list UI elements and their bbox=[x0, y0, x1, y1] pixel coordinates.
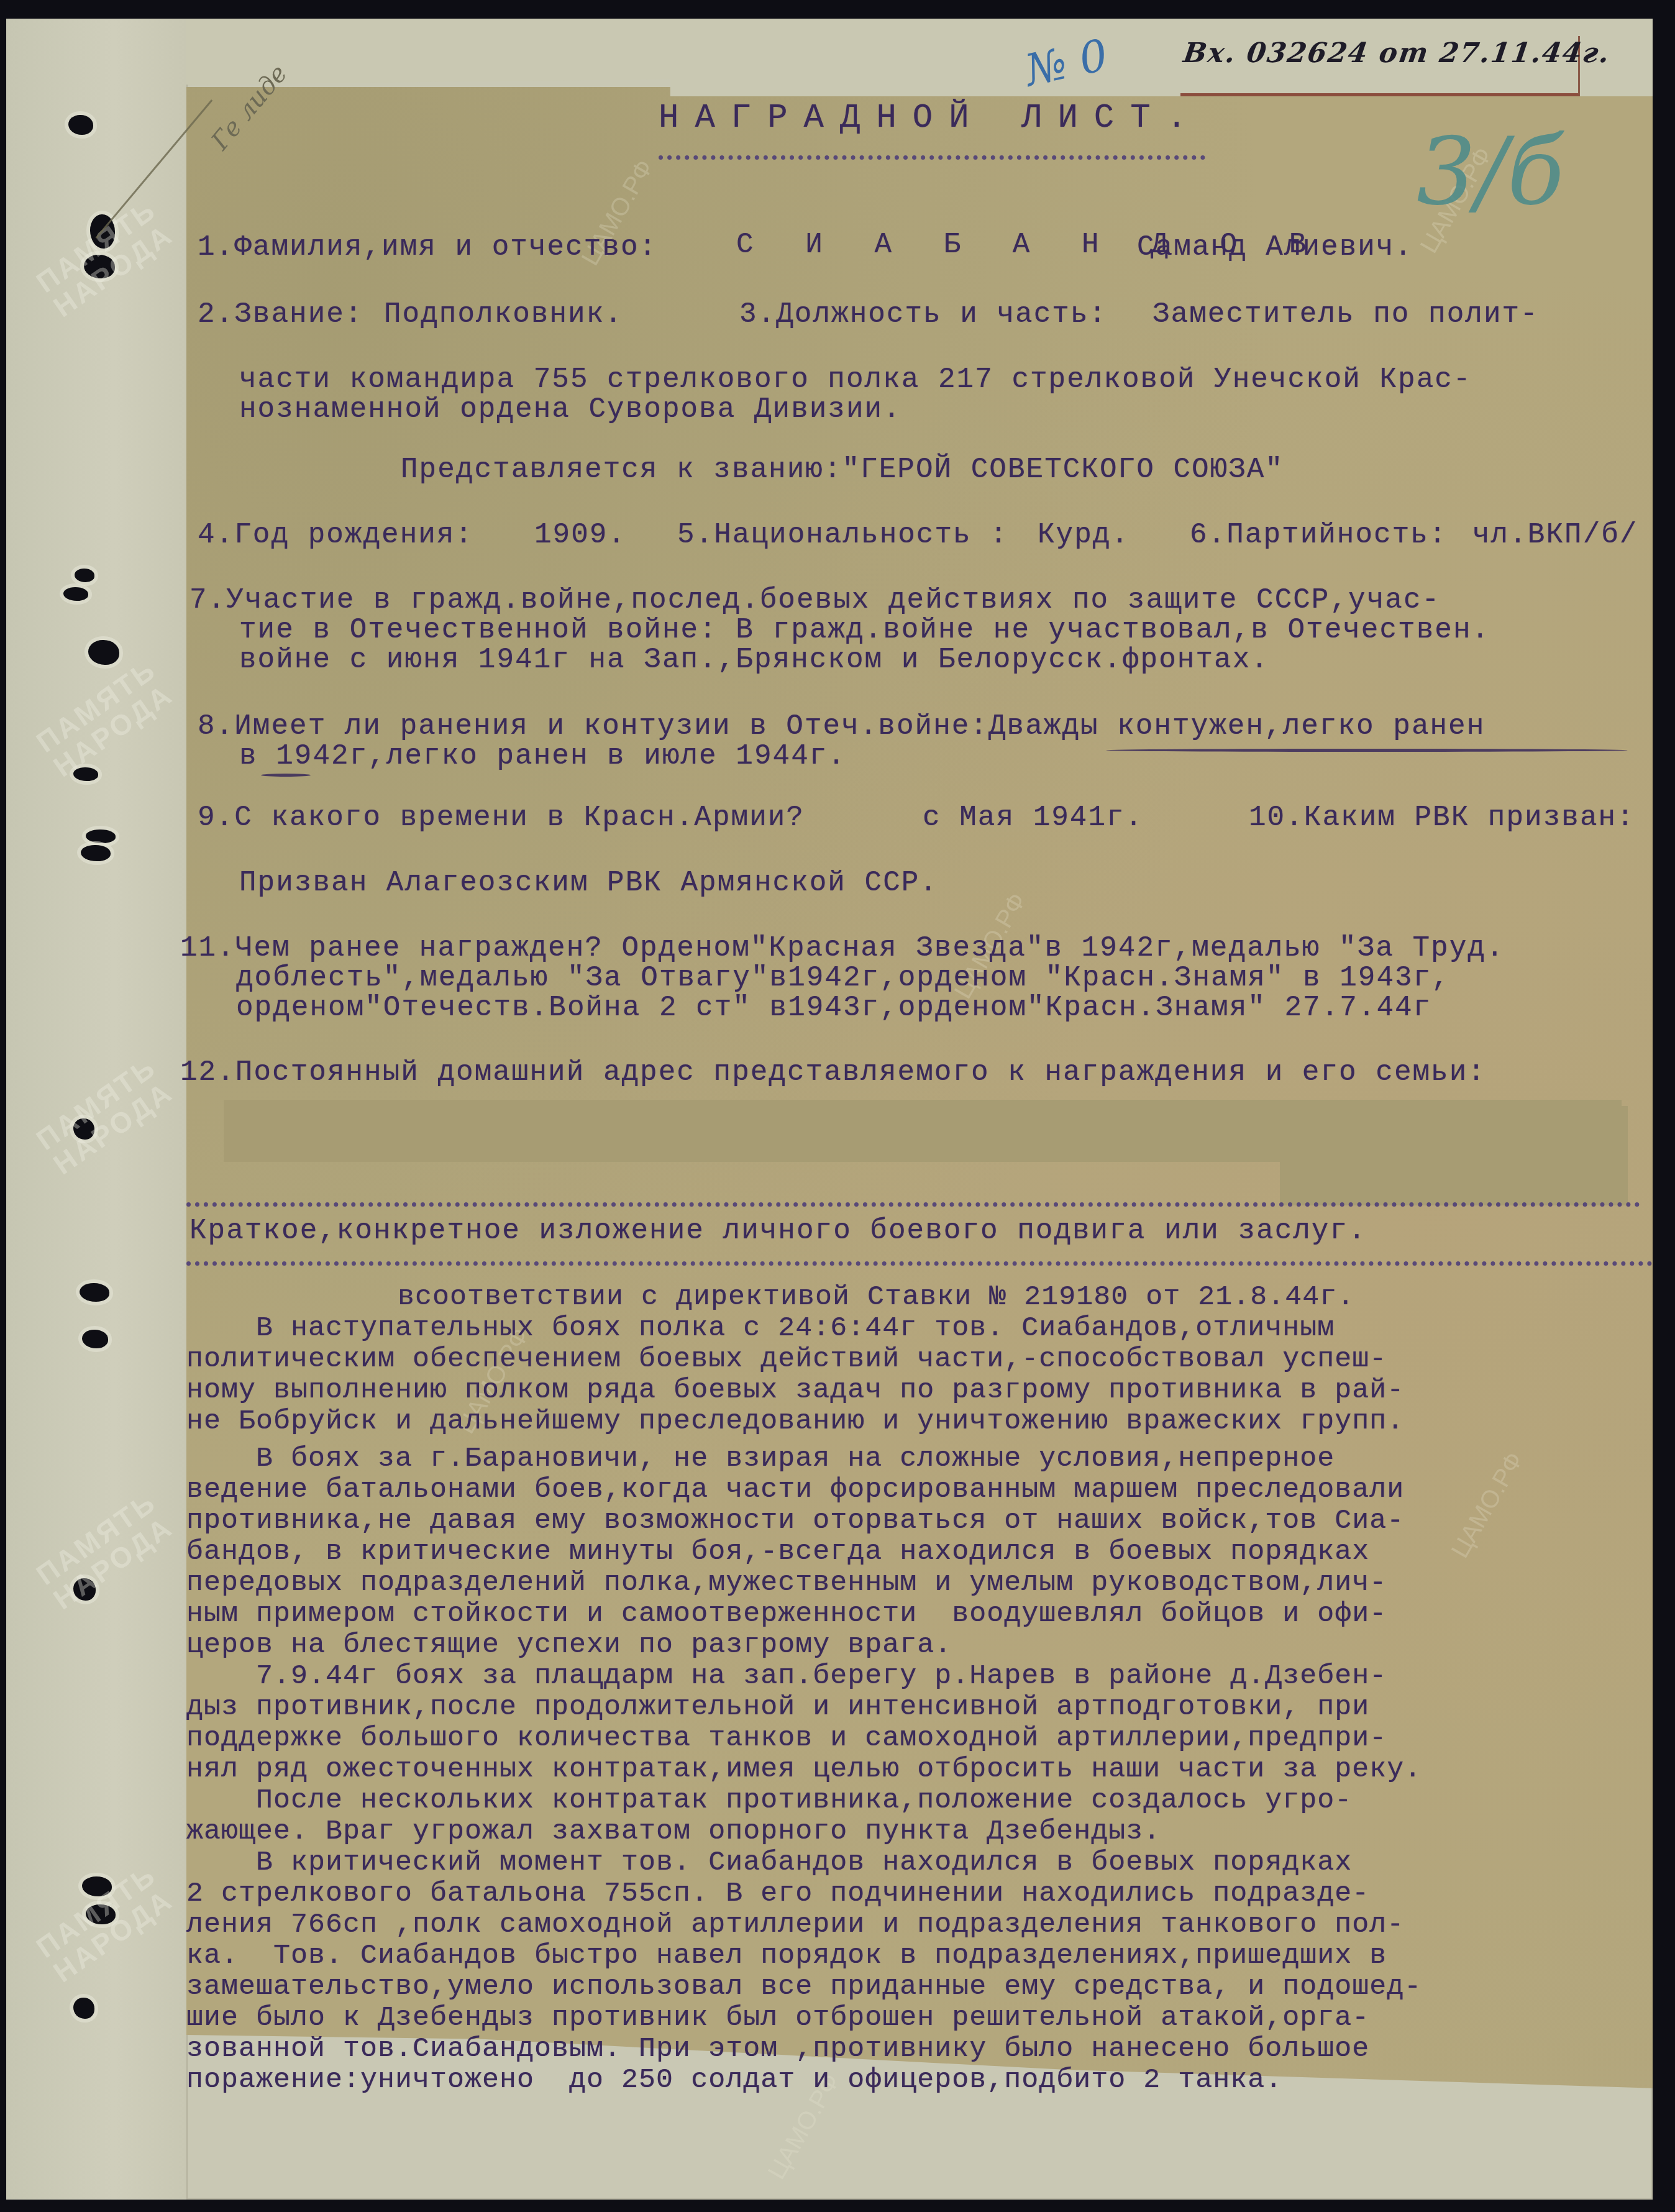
summary-line: жающее. Враг угрожал захватом опорного п… bbox=[186, 1816, 1161, 1847]
field-3-label: 3.Должность и часть: bbox=[739, 298, 1107, 331]
field-7-line2: тие в Отечественной войне: В гражд.войне… bbox=[239, 614, 1490, 646]
pencil-underline bbox=[1106, 749, 1628, 752]
summary-line: нял ряд ожесточенных контратак,имея цель… bbox=[186, 1753, 1422, 1785]
title-underline bbox=[659, 155, 1205, 160]
field-3-value-line1: Заместитель по полит- bbox=[1152, 298, 1539, 331]
punch-hole bbox=[63, 587, 88, 601]
field-4-value: 1909. bbox=[534, 519, 626, 551]
summary-line: шие было к Дзебендыз противник был отбро… bbox=[186, 2002, 1369, 2034]
field-7-line3: войне с июня 1941г на Зап.,Брянском и Бе… bbox=[239, 644, 1269, 676]
punch-hole bbox=[73, 1998, 94, 2019]
summary-line: В критический момент тов. Сиабандов нахо… bbox=[186, 1847, 1352, 1878]
field-4-label: 4.Год рождения: bbox=[198, 519, 473, 551]
punch-hole bbox=[82, 1330, 108, 1348]
punch-hole bbox=[81, 845, 111, 861]
document-title: НАГРАДНОЙ ЛИСТ. bbox=[659, 99, 1203, 137]
field-2-value: Подполковник. bbox=[384, 298, 623, 331]
redacted-address-extension bbox=[1280, 1106, 1628, 1205]
summary-line: ка. Тов. Сиабандов быстро навел порядок … bbox=[186, 1940, 1387, 1972]
punch-hole bbox=[88, 640, 119, 665]
summary-line: 7.9.44г боях за плацдарм на зап.берегу р… bbox=[186, 1660, 1387, 1692]
summary-line: всоответствии с директивой Ставки № 2191… bbox=[398, 1281, 1354, 1313]
punch-hole bbox=[75, 569, 94, 582]
nomination-line: Представляется к званию:"ГЕРОЙ СОВЕТСКОГ… bbox=[401, 454, 1284, 486]
field-11-line1: 11.Чем ранее награжден? Орденом"Красная … bbox=[180, 932, 1505, 964]
summary-line: дыз противник,после продолжительной и ин… bbox=[186, 1691, 1369, 1723]
field-1-label: 1.Фамилия,имя и отчество: bbox=[198, 231, 657, 263]
field-10-value: Призван Алагеозским РВК Армянской ССР. bbox=[239, 867, 938, 899]
field-6-label: 6.Партийность: bbox=[1190, 519, 1447, 551]
summary-line: 2 стрелкового батальона 755сп. В его под… bbox=[186, 1878, 1369, 1909]
field-6-value: чл.ВКП/б/ bbox=[1472, 519, 1638, 551]
field-11-line2: доблесть",медалью "За Отвагу"в1942г,орде… bbox=[236, 962, 1450, 994]
summary-line: поддержке большого количества танков и с… bbox=[186, 1722, 1387, 1754]
summary-line: бандов, в критические минуты боя,-всегда… bbox=[186, 1536, 1369, 1568]
handwritten-mark: 3/б bbox=[1417, 118, 1564, 226]
field-8-line1: 8.Имеет ли ранения и контузии в Отеч.вой… bbox=[198, 710, 1485, 743]
summary-line: ления 766сп ,полк самоходной артиллерии … bbox=[186, 1909, 1404, 1940]
summary-line: В наступательных боях полка с 24:6:44г т… bbox=[186, 1312, 1335, 1344]
summary-line: ведение батальонами боев,когда части фор… bbox=[186, 1474, 1404, 1506]
summary-line: противника,не давая ему возможности отор… bbox=[186, 1505, 1404, 1537]
punch-hole bbox=[68, 115, 93, 135]
section-rule-bottom bbox=[186, 1261, 1653, 1266]
field-5-value: Курд. bbox=[1038, 519, 1130, 551]
punch-hole bbox=[86, 829, 116, 843]
field-11-line3: орденом"Отечеств.Война 2 ст" в1943г,орде… bbox=[236, 992, 1431, 1024]
field-3-value-line3: нознаменной ордена Суворова Дивизии. bbox=[239, 393, 901, 426]
field-5-label: 5.Национальность : bbox=[677, 519, 1008, 551]
punch-hole bbox=[80, 1283, 109, 1302]
summary-line: После нескольких контратак противника,по… bbox=[186, 1785, 1352, 1816]
pencil-underline bbox=[261, 774, 311, 777]
summary-heading: Краткое,конкретное изложение личного бое… bbox=[189, 1215, 1367, 1247]
section-rule-top bbox=[186, 1202, 1640, 1207]
summary-line: поражение:уничтожено до 250 солдат и офи… bbox=[186, 2064, 1282, 2096]
field-9-label: 9.С какого времени в Красн.Армии? bbox=[198, 802, 805, 834]
field-9-value: с Мая 1941г. bbox=[923, 802, 1143, 834]
field-2-label: 2.Звание: bbox=[198, 298, 363, 331]
summary-line: замешательство,умело использовал все при… bbox=[186, 1971, 1422, 2003]
field-12-label: 12.Постоянный домашний адрес представляе… bbox=[180, 1056, 1486, 1089]
summary-line: зованной тов.Сиабандовым. При этом ,прот… bbox=[186, 2033, 1369, 2065]
field-10-label: 10.Каким РВК призван: bbox=[1249, 802, 1635, 834]
field-1-name: Саманд Алиевич. bbox=[1137, 231, 1413, 263]
summary-line: политическим обеспечением боевых действи… bbox=[186, 1343, 1387, 1375]
summary-line: передовых подразделений полка,мужественн… bbox=[186, 1567, 1387, 1599]
summary-line: не Бобруйск и дальнейшему преследованию … bbox=[186, 1405, 1404, 1437]
field-7-line1: 7.Участие в гражд.войне,послед.боевых де… bbox=[189, 584, 1440, 616]
summary-line: церов на блестящие успехи по разгрому вр… bbox=[186, 1629, 952, 1661]
field-3-value-line2: части командира 755 стрелкового полка 21… bbox=[239, 363, 1472, 396]
registration-number: Вх. 032624 от 27.11.44г. bbox=[1181, 37, 1612, 69]
summary-line: В боях за г.Барановичи, не взирая на сло… bbox=[186, 1443, 1335, 1474]
field-8-line2: в 1942г,легко ранен в июле 1944г. bbox=[239, 740, 846, 772]
summary-line: ным примером стойкости и самоотверженнос… bbox=[186, 1598, 1387, 1630]
summary-line: ному выполнению полком ряда боевых задач… bbox=[186, 1374, 1404, 1406]
